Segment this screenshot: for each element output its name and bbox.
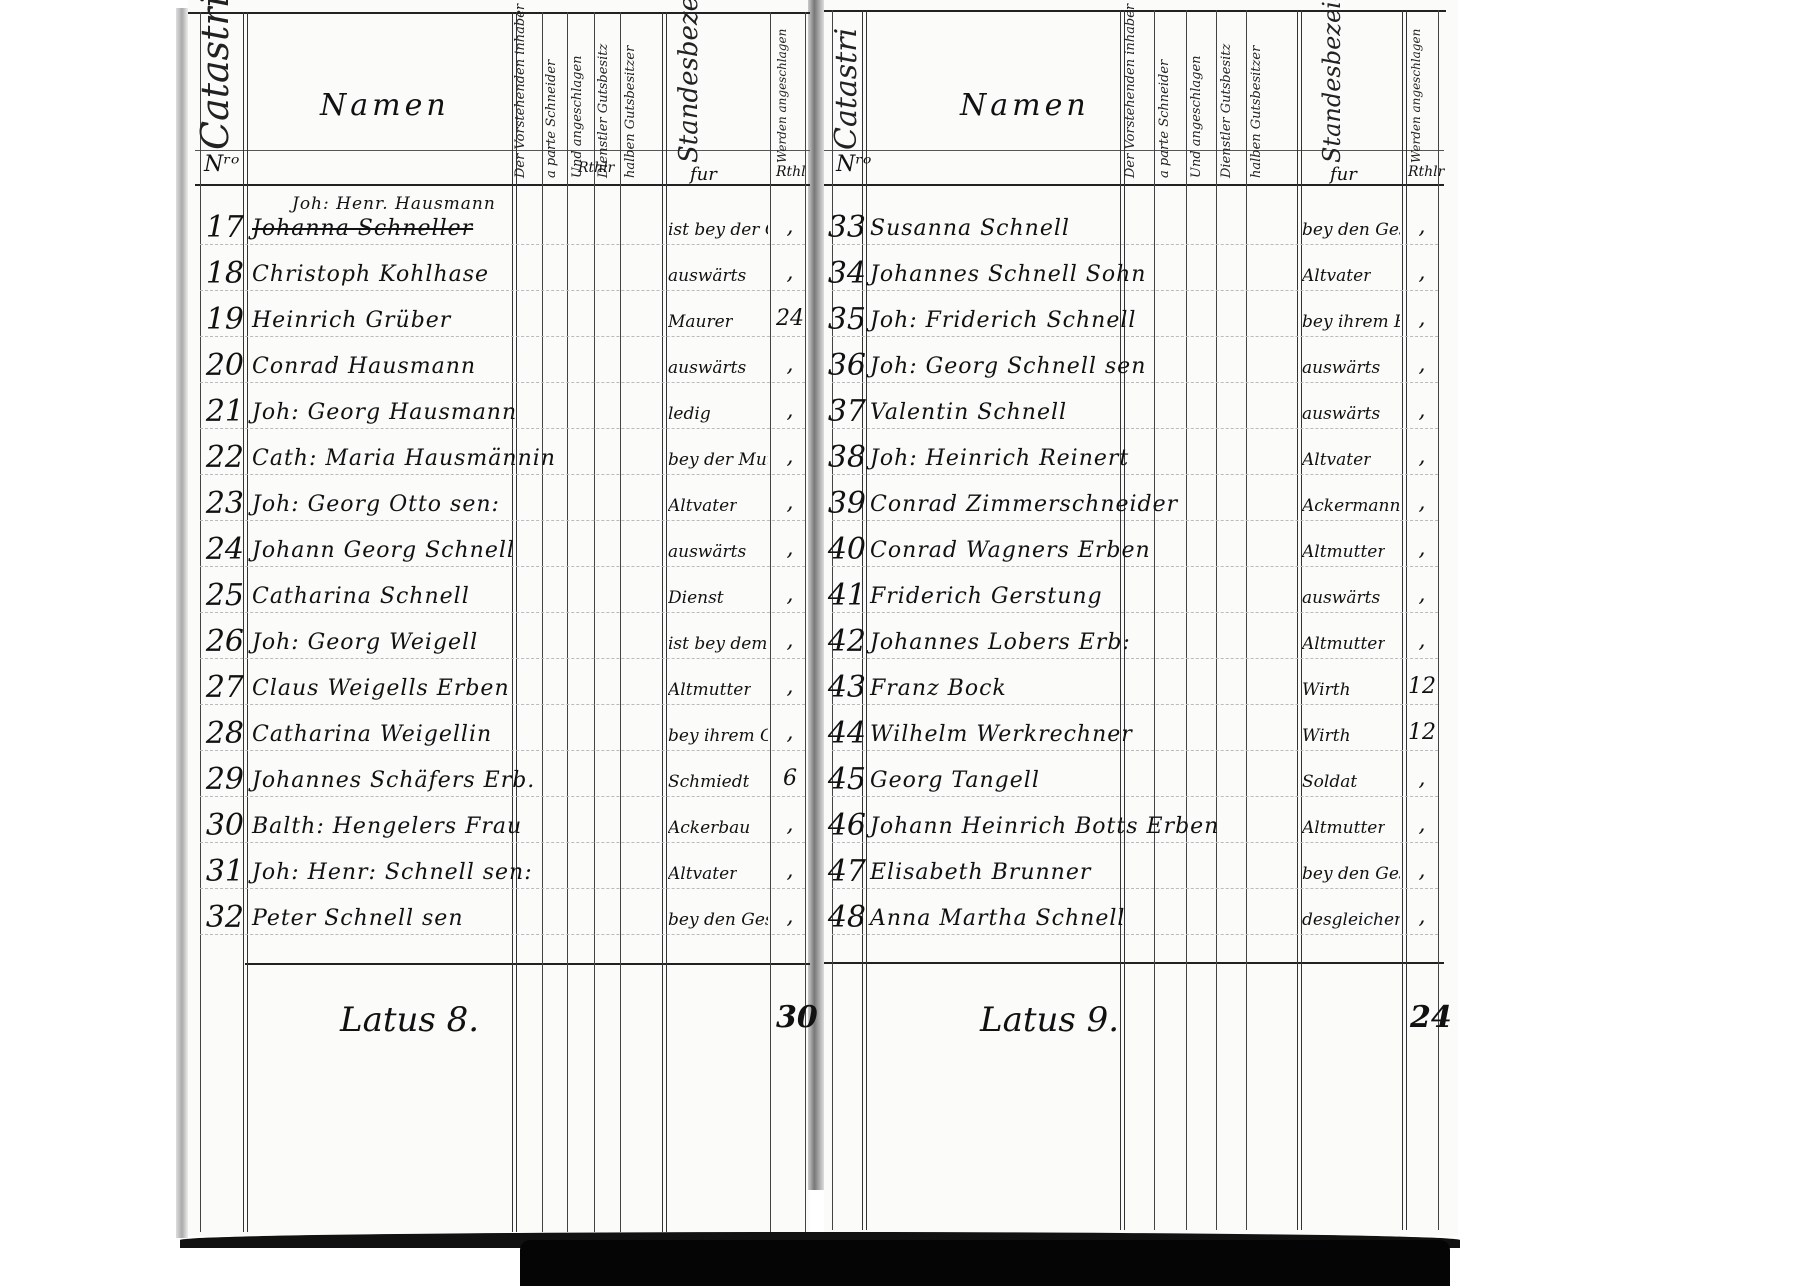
row-occupation: Altvater bbox=[1302, 266, 1371, 286]
row-amount: , bbox=[772, 628, 808, 653]
row-number: 47 bbox=[818, 854, 866, 889]
row-name: Elisabeth Brunner bbox=[870, 860, 1091, 885]
left-header-amount-sub: Rthl bbox=[776, 164, 806, 180]
left-header-amount: Werden angeschlagen bbox=[776, 18, 788, 163]
row-name-text: Johann Georg Schnell bbox=[252, 538, 515, 563]
row-amount: , bbox=[772, 260, 808, 285]
row-number: 38 bbox=[818, 440, 866, 475]
row-occupation: bey ihrem Bruder bbox=[1302, 312, 1400, 332]
row-name-text: Johann Heinrich Botts Erben bbox=[870, 814, 1219, 839]
row-occupation: Altmutter bbox=[1302, 818, 1385, 838]
row-number: 35 bbox=[818, 302, 866, 337]
right-latus: Latus 9. bbox=[980, 1000, 1119, 1040]
row-guide-line bbox=[200, 474, 805, 475]
row-guide-line bbox=[200, 244, 805, 245]
row-name-text: Cath: Maria Hausmännin bbox=[252, 446, 556, 471]
row-guide-line bbox=[832, 750, 1438, 751]
row-amount: , bbox=[772, 490, 808, 515]
row-occupation: bey den Geschwistern bbox=[1302, 864, 1400, 884]
row-occupation: Ackermann bbox=[1302, 496, 1400, 516]
row-name-text: Catharina Schnell bbox=[252, 584, 470, 609]
row-guide-line bbox=[832, 658, 1438, 659]
row-name-text: Conrad Wagners Erben bbox=[870, 538, 1151, 563]
row-amount: , bbox=[1404, 812, 1440, 837]
right-header-amount: Werden angeschlagen bbox=[1410, 18, 1422, 163]
row-occupation: ist bey dem Bruder bbox=[668, 634, 768, 654]
row-name-text: Joh: Georg Weigell bbox=[252, 630, 478, 655]
left-total: 30 bbox=[776, 1000, 818, 1035]
row-amount: , bbox=[1404, 766, 1440, 791]
row-guide-line bbox=[832, 474, 1438, 475]
row-guide-line bbox=[200, 796, 805, 797]
row-name-text: Joh: Georg Hausmann bbox=[252, 400, 517, 425]
row-name: Cath: Maria Hausmännin bbox=[252, 446, 556, 471]
row-occupation: Altvater bbox=[1302, 450, 1371, 470]
row-name-text: Conrad Zimmerschneider bbox=[870, 492, 1178, 517]
row-number: 31 bbox=[196, 854, 244, 889]
row-guide-line bbox=[832, 888, 1438, 889]
right-header-no: Nʳᵒ bbox=[836, 152, 871, 177]
row-guide-line bbox=[832, 704, 1438, 705]
row-guide-line bbox=[832, 842, 1438, 843]
row-amount: 24 bbox=[772, 306, 808, 331]
row-name: Conrad Wagners Erben bbox=[870, 538, 1151, 563]
row-amount: , bbox=[772, 720, 808, 745]
row-name-text: Johanna Schneller bbox=[252, 216, 473, 241]
row-number: 34 bbox=[818, 256, 866, 291]
row-name: Johannes Schnell Sohn bbox=[870, 262, 1146, 287]
row-name: Balth: Hengelers Frau bbox=[252, 814, 522, 839]
row-amount: , bbox=[1404, 628, 1440, 653]
row-guide-line bbox=[200, 612, 805, 613]
left-header-col-2: a parte Schneider bbox=[545, 18, 558, 178]
row-name-text: Joh: Georg Otto sen: bbox=[252, 492, 500, 517]
row-number: 26 bbox=[196, 624, 244, 659]
row-name: Joh: Heinrich Reinert bbox=[870, 446, 1129, 471]
row-number: 27 bbox=[196, 670, 244, 705]
row-name: Anna Martha Schnell bbox=[870, 906, 1125, 931]
row-number: 48 bbox=[818, 900, 866, 935]
row-name: Christoph Kohlhase bbox=[252, 262, 489, 287]
row-amount: , bbox=[772, 352, 808, 377]
row-guide-line bbox=[200, 704, 805, 705]
row-amount: , bbox=[1404, 352, 1440, 377]
row-guide-line bbox=[832, 796, 1438, 797]
row-guide-line bbox=[832, 244, 1438, 245]
left-header-occupation-sub: fur bbox=[690, 164, 717, 185]
row-guide-line bbox=[832, 566, 1438, 567]
right-header-occupation: Standesbezeichnungen bbox=[1320, 18, 1344, 163]
row-name-text: Valentin Schnell bbox=[870, 400, 1067, 425]
row-name-text: Georg Tangell bbox=[870, 768, 1040, 793]
row-name: Catharina Weigellin bbox=[252, 722, 492, 747]
row-amount: , bbox=[772, 582, 808, 607]
row-occupation: ledig bbox=[668, 404, 711, 424]
row-occupation: Maurer bbox=[668, 312, 733, 332]
row-amount: , bbox=[1404, 398, 1440, 423]
row-name-text: Heinrich Grüber bbox=[252, 308, 451, 333]
row-guide-line bbox=[200, 290, 805, 291]
right-header-col-5: halben Gutsbesitzer bbox=[1250, 18, 1263, 178]
row-number: 41 bbox=[818, 578, 866, 613]
left-header-col-4: Dienstler Gutsbesitz bbox=[597, 18, 610, 178]
row-occupation: Ackerbau bbox=[668, 818, 750, 838]
row-number: 24 bbox=[196, 532, 244, 567]
row-name-text: Joh: Georg Schnell sen bbox=[870, 354, 1146, 379]
right-header-col-2: a parte Schneider bbox=[1158, 18, 1171, 178]
row-amount: 12 bbox=[1404, 720, 1440, 745]
row-name: Susanna Schnell bbox=[870, 216, 1070, 241]
row-number: 21 bbox=[196, 394, 244, 429]
row-guide-line bbox=[200, 428, 805, 429]
row-occupation: auswärts bbox=[668, 542, 746, 562]
row-amount: , bbox=[1404, 490, 1440, 515]
row-amount: , bbox=[772, 214, 808, 239]
row-name: Friderich Gerstung bbox=[870, 584, 1103, 609]
row-amount: , bbox=[1404, 260, 1440, 285]
row-guide-line bbox=[832, 382, 1438, 383]
left-header-no: Nʳᵒ bbox=[204, 152, 239, 177]
book-left-edge bbox=[176, 8, 188, 1238]
row-number: 29 bbox=[196, 762, 244, 797]
row-number: 28 bbox=[196, 716, 244, 751]
row-name: Johanna SchnellerJoh: Henr. Hausmann bbox=[252, 216, 473, 241]
row-name: Wilhelm Werkrechner bbox=[870, 722, 1133, 747]
row-guide-line bbox=[200, 842, 805, 843]
row-name: Joh: Friderich Schnell bbox=[870, 308, 1136, 333]
row-name: Johannes Lobers Erb: bbox=[870, 630, 1131, 655]
row-name: Johann Georg Schnell bbox=[252, 538, 515, 563]
row-number: 22 bbox=[196, 440, 244, 475]
row-name: Claus Weigells Erben bbox=[252, 676, 510, 701]
row-name-text: Conrad Hausmann bbox=[252, 354, 476, 379]
row-guide-line bbox=[832, 290, 1438, 291]
right-header-occupation-sub: fur bbox=[1330, 164, 1357, 185]
row-name: Peter Schnell sen bbox=[252, 906, 464, 931]
row-number: 45 bbox=[818, 762, 866, 797]
row-name-text: Franz Bock bbox=[870, 676, 1007, 701]
row-occupation: bey der Mutter bbox=[668, 450, 768, 470]
row-occupation: auswärts bbox=[1302, 588, 1380, 608]
row-name-correction: Joh: Henr. Hausmann bbox=[292, 194, 496, 214]
row-occupation: Wirth bbox=[1302, 680, 1351, 700]
row-number: 46 bbox=[818, 808, 866, 843]
row-number: 17 bbox=[196, 210, 244, 245]
row-occupation: Altmutter bbox=[668, 680, 751, 700]
row-occupation: auswärts bbox=[668, 358, 746, 378]
row-name-text: Christoph Kohlhase bbox=[252, 262, 489, 287]
row-name: Johann Heinrich Botts Erben bbox=[870, 814, 1219, 839]
book-bottom-shadow-dark bbox=[520, 1240, 1450, 1286]
row-guide-line bbox=[200, 888, 805, 889]
right-total: 24 bbox=[1410, 1000, 1452, 1035]
row-occupation: ist bey der Gesellsch bbox=[668, 220, 768, 240]
row-occupation: Soldat bbox=[1302, 772, 1357, 792]
row-name-text: Joh: Henr: Schnell sen: bbox=[252, 860, 533, 885]
row-name-text: Joh: Friderich Schnell bbox=[870, 308, 1136, 333]
row-amount: , bbox=[1404, 444, 1440, 469]
row-amount: , bbox=[772, 674, 808, 699]
row-name: Conrad Zimmerschneider bbox=[870, 492, 1178, 517]
row-amount: , bbox=[772, 858, 808, 883]
row-occupation: auswärts bbox=[668, 266, 746, 286]
row-name-text: Peter Schnell sen bbox=[252, 906, 464, 931]
row-guide-line bbox=[832, 520, 1438, 521]
row-occupation: bey den Geschwistern bbox=[668, 910, 768, 930]
row-occupation: Altmutter bbox=[1302, 634, 1385, 654]
row-name: Joh: Georg Otto sen: bbox=[252, 492, 500, 517]
row-name: Conrad Hausmann bbox=[252, 354, 476, 379]
left-header-col-5: halben Gutsbesitzer bbox=[624, 18, 637, 178]
row-amount: , bbox=[1404, 214, 1440, 239]
row-occupation: auswärts bbox=[1302, 404, 1380, 424]
row-name-text: Johannes Schäfers Erb. bbox=[252, 768, 535, 793]
row-amount: 12 bbox=[1404, 674, 1440, 699]
row-number: 42 bbox=[818, 624, 866, 659]
row-number: 18 bbox=[196, 256, 244, 291]
row-name-text: Elisabeth Brunner bbox=[870, 860, 1091, 885]
row-guide-line bbox=[200, 566, 805, 567]
row-name-text: Johannes Lobers Erb: bbox=[870, 630, 1131, 655]
row-number: 23 bbox=[196, 486, 244, 521]
row-amount: , bbox=[772, 812, 808, 837]
row-name: Joh: Georg Hausmann bbox=[252, 400, 517, 425]
row-number: 32 bbox=[196, 900, 244, 935]
row-number: 33 bbox=[818, 210, 866, 245]
row-name: Joh: Georg Weigell bbox=[252, 630, 478, 655]
row-number: 40 bbox=[818, 532, 866, 567]
row-amount: , bbox=[772, 444, 808, 469]
row-name-text: Susanna Schnell bbox=[870, 216, 1070, 241]
row-name: Franz Bock bbox=[870, 676, 1007, 701]
row-name: Georg Tangell bbox=[870, 768, 1040, 793]
row-amount: , bbox=[772, 536, 808, 561]
row-name-text: Johannes Schnell Sohn bbox=[870, 262, 1146, 287]
row-guide-line bbox=[832, 428, 1438, 429]
left-latus: Latus 8. bbox=[340, 1000, 479, 1040]
left-header-col-3: Und angeschlagen bbox=[571, 18, 584, 178]
row-amount: , bbox=[1404, 536, 1440, 561]
row-guide-line bbox=[832, 934, 1438, 935]
row-amount: , bbox=[1404, 904, 1440, 929]
row-name-text: Joh: Heinrich Reinert bbox=[870, 446, 1129, 471]
row-number: 19 bbox=[196, 302, 244, 337]
row-occupation: Wirth bbox=[1302, 726, 1351, 746]
row-guide-line bbox=[200, 750, 805, 751]
row-occupation: desgleichen bbox=[1302, 910, 1400, 930]
row-name: Valentin Schnell bbox=[870, 400, 1067, 425]
row-number: 30 bbox=[196, 808, 244, 843]
right-header-amount-sub: Rthlr bbox=[1408, 164, 1444, 180]
row-guide-line bbox=[200, 658, 805, 659]
row-name-text: Friderich Gerstung bbox=[870, 584, 1103, 609]
row-name-text: Balth: Hengelers Frau bbox=[252, 814, 522, 839]
row-number: 44 bbox=[818, 716, 866, 751]
row-guide-line bbox=[832, 612, 1438, 613]
row-number: 20 bbox=[196, 348, 244, 383]
row-occupation: bey den Geschwistern bbox=[1302, 220, 1400, 240]
left-header-col-1: Der Vorstehenden inhaber Familie bbox=[514, 18, 527, 178]
left-header-unit: Rthlr bbox=[578, 160, 614, 176]
row-number: 37 bbox=[818, 394, 866, 429]
row-amount: , bbox=[1404, 582, 1440, 607]
row-guide-line bbox=[200, 382, 805, 383]
row-occupation: Altmutter bbox=[1302, 542, 1385, 562]
row-number: 43 bbox=[818, 670, 866, 705]
row-amount: , bbox=[1404, 306, 1440, 331]
row-name: Heinrich Grüber bbox=[252, 308, 451, 333]
row-guide-line bbox=[200, 520, 805, 521]
row-name-text: Wilhelm Werkrechner bbox=[870, 722, 1133, 747]
row-occupation: Altvater bbox=[668, 496, 737, 516]
row-amount: 6 bbox=[772, 766, 808, 791]
row-amount: , bbox=[1404, 858, 1440, 883]
row-number: 39 bbox=[818, 486, 866, 521]
row-name: Catharina Schnell bbox=[252, 584, 470, 609]
row-number: 36 bbox=[818, 348, 866, 383]
row-occupation: Schmiedt bbox=[668, 772, 749, 792]
row-name: Johannes Schäfers Erb. bbox=[252, 768, 535, 793]
row-guide-line bbox=[200, 336, 805, 337]
right-header-names: Namen bbox=[960, 88, 1090, 123]
row-name-text: Catharina Weigellin bbox=[252, 722, 492, 747]
right-header-col-1: Der Vorstehenden inhaber Familie bbox=[1124, 18, 1137, 178]
row-occupation: bey ihrem Geschwister bbox=[668, 726, 768, 746]
left-header-catastre: Catastri bbox=[196, 30, 234, 150]
right-header-col-4: Dienstler Gutsbesitz bbox=[1220, 18, 1233, 178]
row-name: Joh: Georg Schnell sen bbox=[870, 354, 1146, 379]
row-occupation: Dienst bbox=[668, 588, 724, 608]
left-header-occupation: Standesbezeichnung bbox=[676, 18, 702, 163]
left-header-names: Namen bbox=[320, 88, 450, 123]
row-amount: , bbox=[772, 904, 808, 929]
row-number: 25 bbox=[196, 578, 244, 613]
row-occupation: Altvater bbox=[668, 864, 737, 884]
right-header-catastre: Catastri bbox=[832, 30, 862, 150]
row-occupation: auswärts bbox=[1302, 358, 1380, 378]
row-amount: , bbox=[772, 398, 808, 423]
row-guide-line bbox=[832, 336, 1438, 337]
row-guide-line bbox=[200, 934, 805, 935]
row-name-text: Claus Weigells Erben bbox=[252, 676, 510, 701]
row-name-text: Anna Martha Schnell bbox=[870, 906, 1125, 931]
row-name: Joh: Henr: Schnell sen: bbox=[252, 860, 533, 885]
right-header-col-3: Und angeschlagen bbox=[1190, 18, 1203, 178]
